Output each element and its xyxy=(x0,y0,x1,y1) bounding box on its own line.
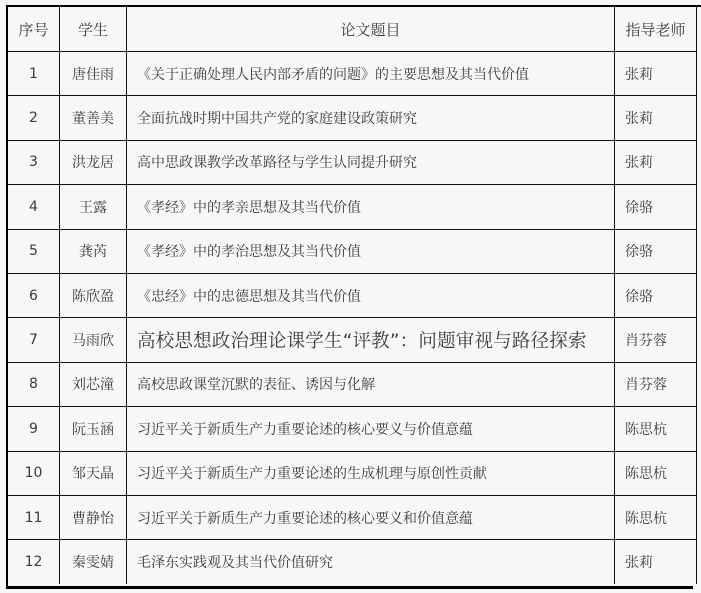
cell-title: 《孝经》中的孝亲思想及其当代价值 xyxy=(127,185,615,229)
cell-student: 董善美 xyxy=(60,96,127,140)
table-row: 4 王露 《孝经》中的孝亲思想及其当代价值 徐骆 xyxy=(8,185,697,229)
cell-advisor: 陈思杭 xyxy=(615,451,697,495)
cell-advisor: 陈思杭 xyxy=(615,407,697,451)
cell-title: 高校思政课堂沉默的表征、诱因与化解 xyxy=(127,362,615,406)
cell-advisor: 肖芬蓉 xyxy=(615,318,697,362)
cell-title: 毛泽东实践观及其当代价值研究 xyxy=(127,540,615,584)
cell-title: 高中思政课教学改革路径与学生认同提升研究 xyxy=(127,140,615,184)
cell-student: 曹静怡 xyxy=(60,495,127,539)
cell-title: 高校思想政治理论课学生“评教”：问题审视与路径探索 xyxy=(127,318,615,362)
header-advisor: 指导老师 xyxy=(615,7,697,52)
header-student: 学生 xyxy=(60,7,127,52)
cell-advisor: 张莉 xyxy=(615,96,697,140)
cell-index: 12 xyxy=(8,540,60,584)
cell-index: 6 xyxy=(8,273,60,317)
cell-advisor: 徐骆 xyxy=(615,229,697,273)
table-row: 5 龚芮 《孝经》中的孝治思想及其当代价值 徐骆 xyxy=(8,229,697,273)
cell-title: 习近平关于新质生产力重要论述的核心要义与价值意蕴 xyxy=(127,407,615,451)
cell-index: 11 xyxy=(8,495,60,539)
cell-advisor: 徐骆 xyxy=(615,185,697,229)
cell-index: 2 xyxy=(8,96,60,140)
header-index: 序号 xyxy=(8,7,60,52)
thesis-topics-table: 序号 学生 论文题目 指导老师 1 唐佳雨 《关于正确处理人民内部矛盾的问题》的… xyxy=(8,7,697,584)
cell-advisor: 徐骆 xyxy=(615,273,697,317)
cell-index: 1 xyxy=(8,52,60,96)
cell-student: 阮玉涵 xyxy=(60,407,127,451)
table-row: 2 董善美 全面抗战时期中国共产党的家庭建设政策研究 张莉 xyxy=(8,96,697,140)
cell-student: 唐佳雨 xyxy=(60,52,127,96)
cell-student: 龚芮 xyxy=(60,229,127,273)
cell-student: 洪龙居 xyxy=(60,140,127,184)
table-row: 10 邹天晶 习近平关于新质生产力重要论述的生成机理与原创性贡献 陈思杭 xyxy=(8,451,697,495)
cell-student: 秦雯婧 xyxy=(60,540,127,584)
table-row: 11 曹静怡 习近平关于新质生产力重要论述的核心要义和价值意蕴 陈思杭 xyxy=(8,495,697,539)
cell-student: 刘芯潼 xyxy=(60,362,127,406)
thesis-table-container: 序号 学生 论文题目 指导老师 1 唐佳雨 《关于正确处理人民内部矛盾的问题》的… xyxy=(6,5,693,589)
cell-advisor: 张莉 xyxy=(615,52,697,96)
cell-title: 《关于正确处理人民内部矛盾的问题》的主要思想及其当代价值 xyxy=(127,52,615,96)
cell-title: 习近平关于新质生产力重要论述的生成机理与原创性贡献 xyxy=(127,451,615,495)
table-row: 8 刘芯潼 高校思政课堂沉默的表征、诱因与化解 肖芬蓉 xyxy=(8,362,697,406)
header-title: 论文题目 xyxy=(127,7,615,52)
cell-student: 王露 xyxy=(60,185,127,229)
cell-title: 全面抗战时期中国共产党的家庭建设政策研究 xyxy=(127,96,615,140)
cell-index: 10 xyxy=(8,451,60,495)
cell-index: 4 xyxy=(8,185,60,229)
cell-advisor: 陈思杭 xyxy=(615,495,697,539)
table-row: 12 秦雯婧 毛泽东实践观及其当代价值研究 张莉 xyxy=(8,540,697,584)
cell-title: 习近平关于新质生产力重要论述的核心要义和价值意蕴 xyxy=(127,495,615,539)
table-row: 1 唐佳雨 《关于正确处理人民内部矛盾的问题》的主要思想及其当代价值 张莉 xyxy=(8,52,697,96)
cell-title: 《孝经》中的孝治思想及其当代价值 xyxy=(127,229,615,273)
cell-student: 陈欣盈 xyxy=(60,273,127,317)
cell-index: 3 xyxy=(8,140,60,184)
cell-advisor: 张莉 xyxy=(615,140,697,184)
table-header-row: 序号 学生 论文题目 指导老师 xyxy=(8,7,697,52)
cell-index: 9 xyxy=(8,407,60,451)
cell-student: 马雨欣 xyxy=(60,318,127,362)
table-row: 3 洪龙居 高中思政课教学改革路径与学生认同提升研究 张莉 xyxy=(8,140,697,184)
cell-index: 7 xyxy=(8,318,60,362)
table-row: 7 马雨欣 高校思想政治理论课学生“评教”：问题审视与路径探索 肖芬蓉 xyxy=(8,318,697,362)
cell-advisor: 肖芬蓉 xyxy=(615,362,697,406)
cell-index: 8 xyxy=(8,362,60,406)
table-row: 6 陈欣盈 《忠经》中的忠德思想及其当代价值 徐骆 xyxy=(8,273,697,317)
cell-title: 《忠经》中的忠德思想及其当代价值 xyxy=(127,273,615,317)
cell-advisor: 张莉 xyxy=(615,540,697,584)
table-row: 9 阮玉涵 习近平关于新质生产力重要论述的核心要义与价值意蕴 陈思杭 xyxy=(8,407,697,451)
cell-index: 5 xyxy=(8,229,60,273)
cell-student: 邹天晶 xyxy=(60,451,127,495)
